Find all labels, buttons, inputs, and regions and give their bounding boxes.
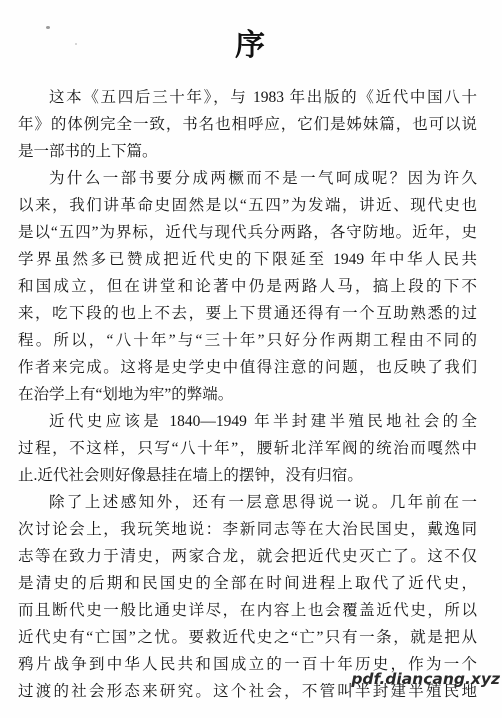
body-line: 除了上述感知外，还有一层意思得说一说。几年前在一 — [18, 489, 477, 516]
body-line: 止.近代社会则好像悬挂在墙上的摆钟，没有归宿。 — [18, 462, 477, 489]
body-line: 以来，我们讲革命史固然是以“五四”为发端，讲近、现代史也 — [18, 192, 477, 219]
body-line: 在治学上有“划地为牢”的弊端。 — [18, 381, 477, 408]
body-line: 近代史应该是 1840—1949 年半封建半殖民地社会的全 — [18, 408, 477, 435]
scanned-book-page: 序 这本《五四后三十年》，与 1983 年出版的《近代中国八十 年》的体例完全一… — [0, 0, 502, 718]
watermark: pdf.diancang.xyz — [351, 670, 500, 688]
body-line: 志等在致力于清史，两家合龙，就会把近代史灭亡了。这不仅 — [18, 543, 477, 570]
body-line: 学界虽然多已赞成把近代史的下限延至 1949 年中华人民共 — [18, 246, 477, 273]
body-line: 为什么一部书要分成两橛而不是一气呵成呢？因为许久 — [18, 165, 477, 192]
preface-body: 这本《五四后三十年》，与 1983 年出版的《近代中国八十 年》的体例完全一致，… — [18, 84, 477, 705]
body-line: 是清史的后期和民国史的全部在时间进程上取代了近代史， — [18, 570, 477, 597]
page-title: 序 — [0, 20, 502, 64]
body-line: 和国成立，但在讲堂和论著中仍是两路人马，搞上段的下不 — [18, 273, 477, 300]
body-line: 来，吃下段的也上不去，要上下贯通还得有一个互助熟悉的过 — [18, 300, 477, 327]
body-line: 这本《五四后三十年》，与 1983 年出版的《近代中国八十 — [18, 84, 477, 111]
body-line: 年》的体例完全一致，书名也相呼应，它们是姊妹篇，也可以说 — [18, 111, 477, 138]
body-line: 次讨论会上，我玩笑地说：李新同志等在大治民国史，戴逸同 — [18, 516, 477, 543]
body-line: 近代史有“亡国”之忧。要救近代史之“亡”只有一条，就是把从 — [18, 624, 477, 651]
body-line: 过程，不这样，只写“八十年”，腰斩北洋军阀的统治而嘎然中 — [18, 435, 477, 462]
body-line: 是一部书的上下篇。 — [18, 138, 477, 165]
body-line: 而且断代史一般比通史详尽，在内容上也会覆盖近代史，所以 — [18, 597, 477, 624]
body-line: 作者来完成。这将是史学史中值得注意的问题，也反映了我们 — [18, 354, 477, 381]
body-line: 程。所以，“八十年”与“三十年”只好分作两期工程由不同的 — [18, 327, 477, 354]
body-line: 是以“五四”为界标，近代与现代兵分两路，各守防地。近年，史 — [18, 219, 477, 246]
